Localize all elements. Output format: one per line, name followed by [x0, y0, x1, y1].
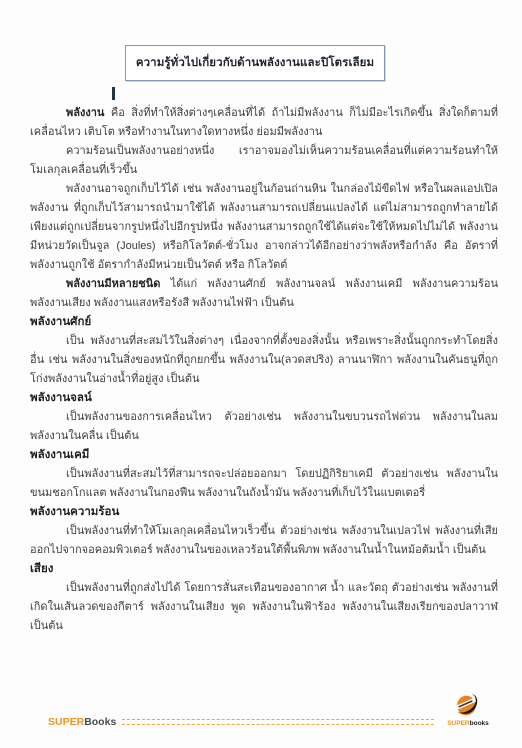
superbooks-logo-icon — [455, 692, 481, 719]
footer-brand-right-text: SUPERbooks — [447, 720, 489, 728]
paragraph-energy-types: พลังงานมีหลายชนิด ได้แก่ พลังงานศักย์ พล… — [30, 275, 498, 313]
section-heading-thermal-energy: พลังงานความร้อน — [30, 503, 498, 522]
document-body: พลังงาน คือ สิ่งที่ทำให้สิ่งต่างๆเคลื่อน… — [30, 104, 498, 636]
footer-brand-right-books: books — [470, 720, 489, 727]
section-body-thermal-energy: เป็นพลังงานที่ทำให้โมเลกุลเคลื่อนไหวเร็ว… — [30, 522, 498, 560]
title-box: ความรู้ทั่วไปเกี่ยวกับด้านพลังงานและปิโต… — [125, 45, 385, 81]
paragraph-energy-storage: พลังงานอาจถูกเก็บไว้ได้ เช่น พลังงานอยู่… — [30, 180, 498, 275]
paragraph-text: พลังงานอาจถูกเก็บไว้ได้ เช่น พลังงานอยู่… — [30, 183, 498, 271]
section-body-kinetic-energy: เป็นพลังงานของการเคลื่อนไหว ตัวอย่างเช่น… — [30, 408, 498, 446]
section-body-potential-energy: เป็น พลังงานที่สะสมไว้ในสิ่งต่างๆ เนื่อง… — [30, 332, 498, 389]
page-footer: SUPERBooks SUPERbooks — [48, 692, 496, 728]
footer-brand-left-super: SUPER — [48, 716, 84, 728]
page-title: ความรู้ทั่วไปเกี่ยวกับด้านพลังงานและปิโต… — [136, 54, 374, 72]
section-heading-potential-energy: พลังงานศักย์ — [30, 313, 498, 332]
footer-brand-right-super: SUPER — [447, 720, 469, 727]
section-body-chemical-energy: เป็นพลังงานที่สะสมไว้ที่สามารถจะปล่อยออก… — [30, 465, 498, 503]
paragraph-lead: พลังงานมีหลายชนิด — [66, 278, 160, 290]
paragraph-heat-as-energy: ความร้อนเป็นพลังงานอย่างหนึ่ง เราอาจมองไ… — [30, 142, 498, 180]
section-heading-kinetic-energy: พลังงานจลน์ — [30, 389, 498, 408]
paragraph-lead: พลังงาน — [66, 107, 104, 119]
section-heading-sound: เสียง — [30, 560, 498, 579]
section-body-sound: เป็นพลังงานที่ถูกส่งไปได้ โดยการสั่นสะเท… — [30, 579, 498, 636]
dashed-divider — [122, 719, 434, 725]
document-page: ความรู้ทั่วไปเกี่ยวกับด้านพลังงานและปิโต… — [0, 0, 522, 748]
paragraph-text: ความร้อนเป็นพลังงานอย่างหนึ่ง เราอาจมองไ… — [30, 145, 498, 176]
footer-brand-left: SUPERBooks — [48, 716, 116, 728]
footer-brand-right: SUPERbooks — [440, 692, 496, 728]
section-heading-chemical-energy: พลังงานเคมี — [30, 446, 498, 465]
footer-brand-left-books: Books — [84, 716, 116, 728]
text-cursor-mark — [112, 87, 115, 100]
paragraph-energy-intro: พลังงาน คือ สิ่งที่ทำให้สิ่งต่างๆเคลื่อน… — [30, 104, 498, 142]
